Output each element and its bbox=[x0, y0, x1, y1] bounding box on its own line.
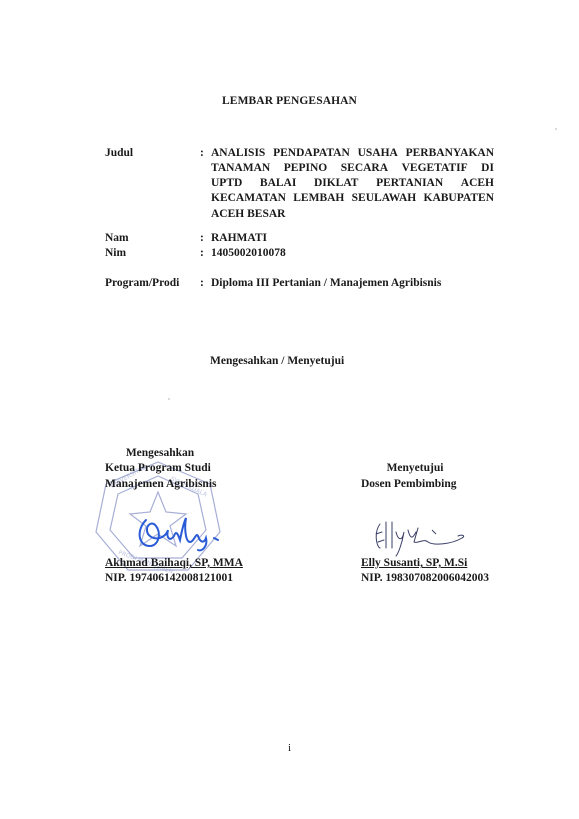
left-sign-nip: NIP. 197406142008121001 bbox=[105, 572, 233, 584]
page-number: i bbox=[0, 742, 579, 754]
judul-word: DIKLAT bbox=[314, 177, 359, 189]
judul-word: USAHA bbox=[358, 147, 398, 159]
judul-line: UPTDBALAIDIKLATPERTANIANACEH bbox=[211, 177, 494, 189]
judul-word: DI bbox=[481, 162, 494, 174]
judul-word: UPTD bbox=[211, 177, 242, 189]
page-title: LEMBAR PENGESAHAN bbox=[0, 95, 579, 107]
judul-label: Judul bbox=[105, 147, 133, 159]
judul-word: PENDAPATAN bbox=[273, 147, 350, 159]
judul-word: KABUPATEN bbox=[424, 192, 495, 204]
approval-heading: Mengesahkan / Menyetujui bbox=[210, 355, 344, 367]
nim-value: 1405002010078 bbox=[211, 247, 286, 259]
nim-label: Nim bbox=[105, 247, 126, 259]
right-signature-icon bbox=[372, 518, 472, 558]
judul-word: PEPINO bbox=[284, 162, 327, 174]
nama-colon: : bbox=[200, 232, 204, 244]
prodi-label: Program/Prodi bbox=[105, 277, 179, 289]
judul-line: ANALISISPENDAPATANUSAHAPERBANYAKAN bbox=[211, 147, 494, 159]
right-sign-name: Elly Susanti, SP, M.Si bbox=[361, 557, 467, 569]
nama-label: Nam bbox=[105, 232, 129, 244]
judul-word: ANALISIS bbox=[211, 147, 265, 159]
judul-last-line: ACEH BESAR bbox=[211, 208, 285, 220]
judul-word: LEMBAH bbox=[293, 192, 344, 204]
right-sign-line2: Dosen Pembimbing bbox=[361, 478, 457, 490]
left-sign-line3: Manajemen Agribisnis bbox=[105, 478, 217, 490]
nim-colon: : bbox=[200, 247, 204, 259]
judul-word: TANAMAN bbox=[211, 162, 270, 174]
judul-word: SECARA bbox=[341, 162, 388, 174]
judul-word: ACEH bbox=[461, 177, 494, 189]
prodi-value: Diploma III Pertanian / Manajemen Agribi… bbox=[211, 277, 441, 289]
scan-speck bbox=[168, 398, 170, 400]
prodi-colon: : bbox=[200, 277, 204, 289]
judul-line: KECAMATANLEMBAHSEULAWAHKABUPATEN bbox=[211, 192, 494, 204]
left-sign-name: Akhmad Baihaqi, SP, MMA bbox=[105, 557, 243, 569]
judul-word: KECAMATAN bbox=[211, 192, 286, 204]
judul-word: PERBANYAKAN bbox=[406, 147, 494, 159]
judul-word: BALAI bbox=[260, 177, 296, 189]
left-signature-icon bbox=[132, 512, 222, 554]
right-sign-nip: NIP. 198307082006042003 bbox=[361, 572, 489, 584]
judul-word: PERTANIAN bbox=[376, 177, 443, 189]
judul-word: SEULAWAH bbox=[352, 192, 417, 204]
left-sign-line2: Ketua Program Studi bbox=[105, 462, 211, 474]
right-sign-line1: Menyetujui bbox=[360, 462, 470, 474]
left-sign-line1: Mengesahkan bbox=[100, 447, 220, 459]
judul-colon: : bbox=[200, 147, 204, 159]
judul-line: TANAMANPEPINOSECARAVEGETATIFDI bbox=[211, 162, 494, 174]
nama-value: RAHMATI bbox=[211, 232, 267, 244]
scan-speck bbox=[555, 128, 557, 130]
judul-word: VEGETATIF bbox=[402, 162, 468, 174]
